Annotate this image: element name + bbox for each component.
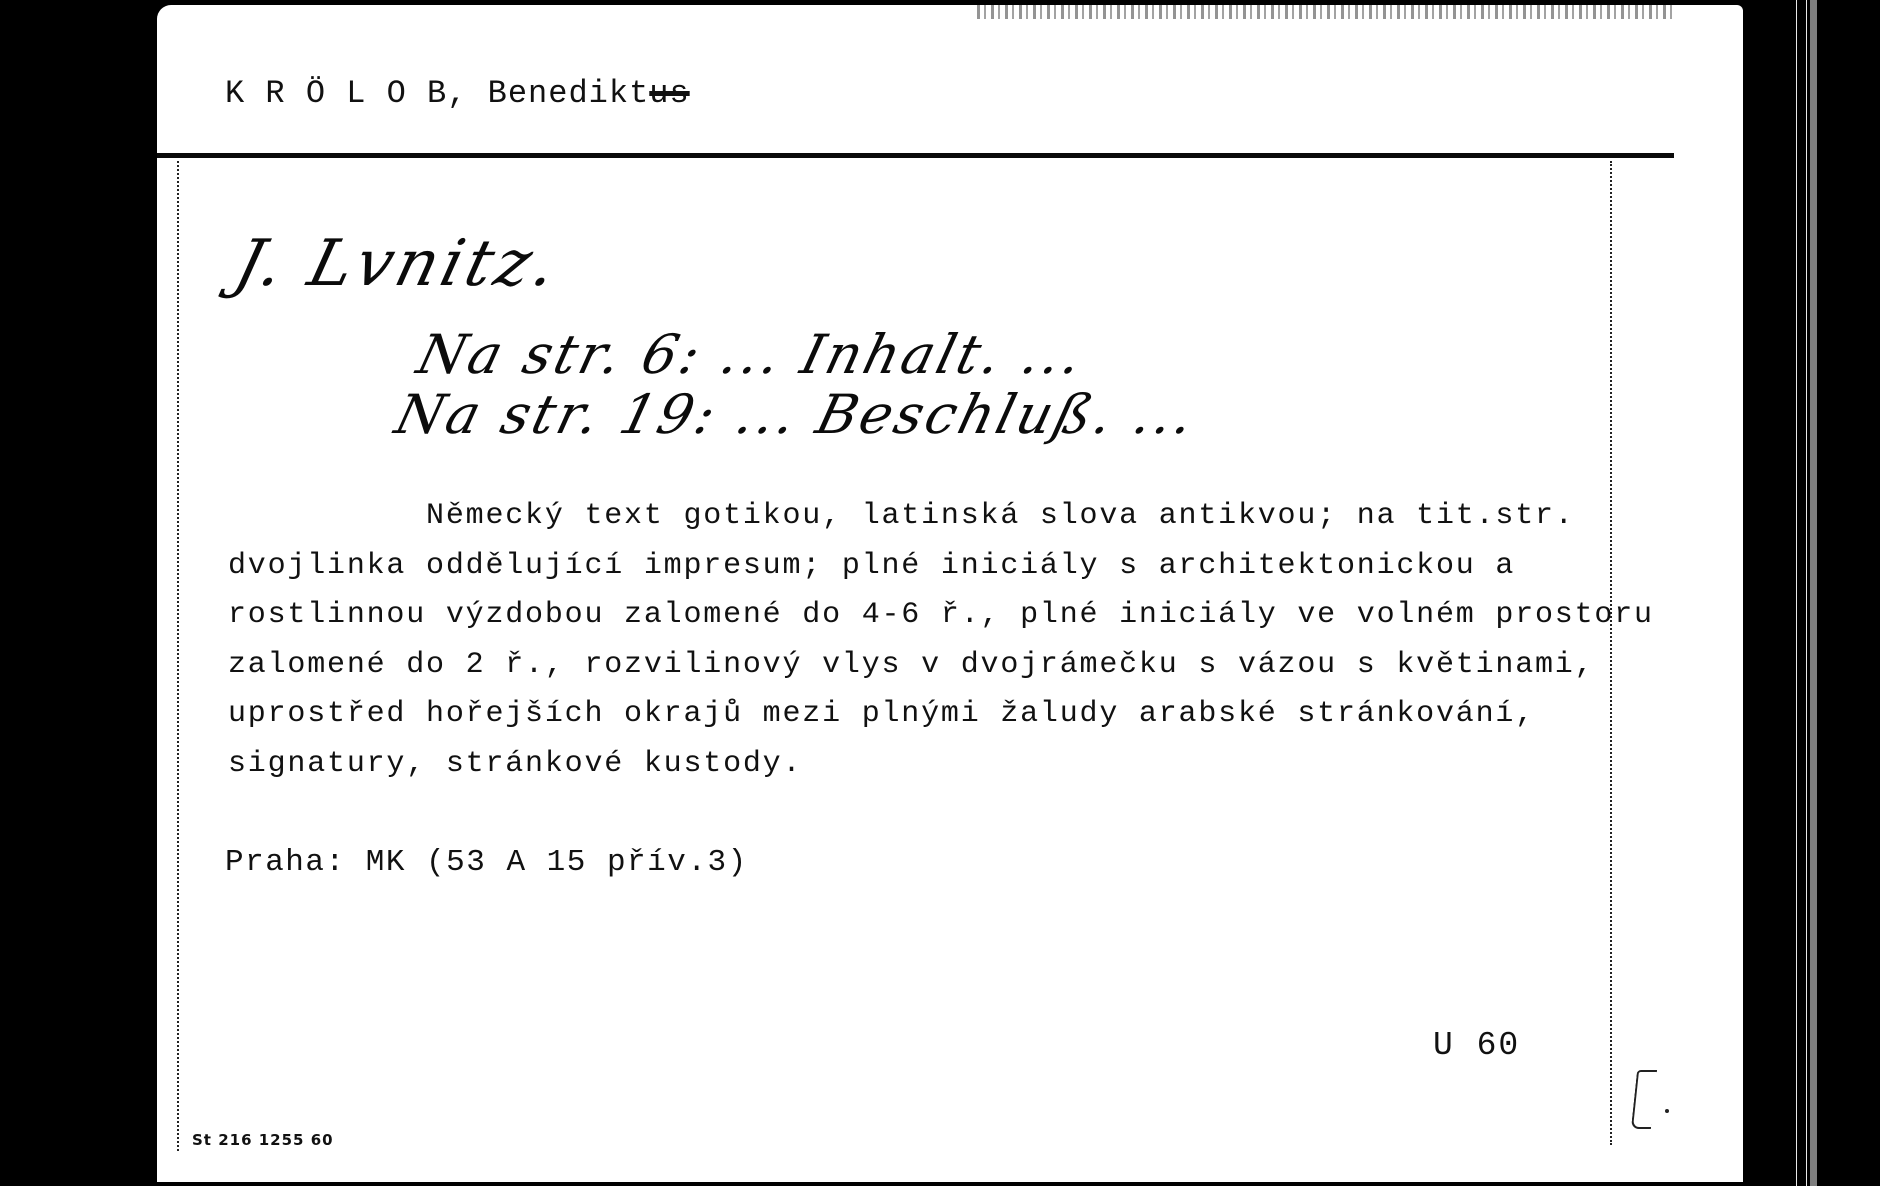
description-line: Německý text gotikou, latinská slova ant… — [228, 492, 1708, 542]
description-line: uprostřed hořejších okrajů mezi plnými ž… — [228, 690, 1708, 740]
handwritten-note-page-19: Na str. 19: ... Beschluß. ... — [389, 383, 1203, 446]
description-line: zalomené do 2 ř., rozvilinový vlys v dvo… — [228, 641, 1708, 691]
description-line: signatury, stránkové kustody. — [228, 740, 1708, 790]
scanner-edge-lines — [1795, 0, 1823, 1186]
dot-mark-icon — [1665, 1109, 1669, 1113]
bracket-mark-icon — [1631, 1070, 1657, 1129]
shelf-mark: U 60 — [1433, 1027, 1520, 1064]
author-surname: K R Ö L O B, — [225, 75, 467, 112]
handwritten-note-printer: J. Lvnitz. — [228, 227, 568, 301]
struck-suffix: us — [649, 75, 689, 112]
holding-location: Praha: MK (53 A 15 přív.3) — [225, 845, 748, 880]
description-paragraph: Německý text gotikou, latinská slova ant… — [228, 492, 1708, 789]
print-code: St 216 1255 60 — [192, 1131, 334, 1149]
left-margin-line — [177, 161, 179, 1151]
card-heading: K R Ö L O B, Benediktus — [225, 75, 690, 112]
handwritten-note-page-6: Na str. 6: ... Inhalt. ... — [411, 323, 1091, 386]
description-line: dvojlinka oddělující impresum; plné inic… — [228, 542, 1708, 592]
catalog-card: K R Ö L O B, Benediktus J. Lvnitz. Na st… — [157, 5, 1743, 1182]
author-given-name: Benedikt — [488, 75, 650, 112]
heading-rule — [157, 153, 1674, 158]
scan-noise-strip — [977, 5, 1677, 19]
description-line: rostlinnou výzdobou zalomené do 4-6 ř., … — [228, 591, 1708, 641]
